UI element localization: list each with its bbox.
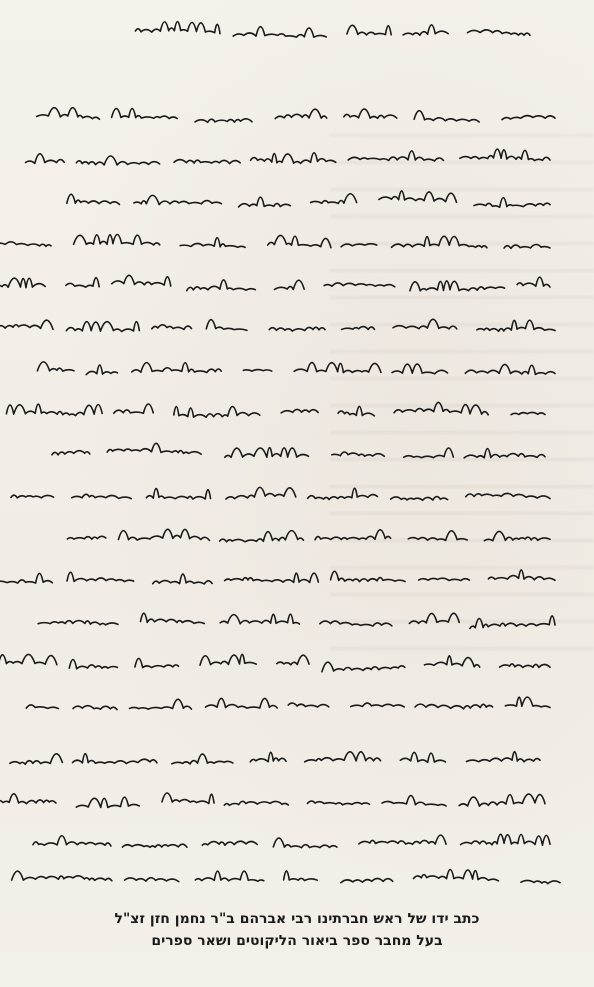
handwritten-line-body <box>35 310 555 340</box>
caption-line-1: כתב ידו של ראש חברתינו רבי אברהם ב"ר נחמ… <box>0 908 594 930</box>
handwritten-line-body <box>40 478 550 508</box>
handwritten-line-body <box>45 784 545 814</box>
handwritten-line-signature <box>20 862 560 892</box>
handwritten-line-body <box>40 826 550 856</box>
handwritten-letter <box>0 0 594 900</box>
handwritten-line-body <box>55 100 555 130</box>
handwritten-line-body <box>45 436 545 466</box>
handwritten-line-body <box>40 352 555 382</box>
handwritten-line-body <box>40 394 545 424</box>
handwritten-line-body <box>40 142 550 172</box>
handwritten-line-body <box>40 604 555 634</box>
printed-caption: כתב ידו של ראש חברתינו רבי אברהם ב"ר נחמ… <box>0 908 594 952</box>
handwritten-line-body <box>40 520 550 550</box>
handwritten-line-body <box>40 646 550 676</box>
handwritten-line-body <box>35 226 550 256</box>
manuscript-page: כתב ידו של ראש חברתינו רבי אברהם ב"ר נחמ… <box>0 0 594 987</box>
handwritten-line-body <box>35 562 555 592</box>
caption-line-2: בעל מחבר ספר ביאור הליקוטים ושאר ספרים <box>0 930 594 952</box>
handwritten-line-body <box>35 268 550 298</box>
handwritten-line-body <box>50 742 540 772</box>
handwritten-line-body <box>40 688 550 718</box>
handwritten-line-header <box>150 15 530 45</box>
handwritten-line-body <box>40 184 550 214</box>
